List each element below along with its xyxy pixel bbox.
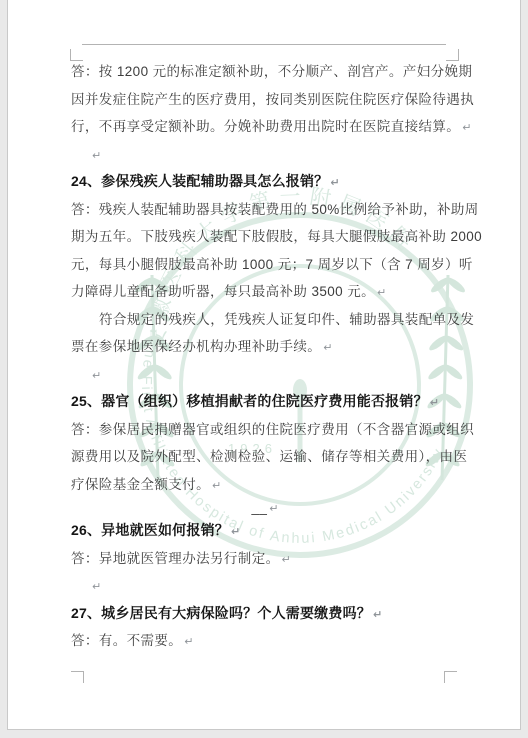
- paragraph-mark-icon: ↵: [330, 177, 339, 189]
- line-text: 疗保险基金全额支付。: [71, 477, 210, 492]
- crop-mark-top-right-icon: [446, 49, 459, 61]
- document-body[interactable]: 答：按 1200 元的标准定额补助，不分顺产、剖宫产。产妇分娩期因并发症住院产生…: [71, 58, 459, 655]
- paragraph-mark-icon: ↵: [282, 554, 291, 566]
- line-text: 答：有。不需要。: [71, 633, 182, 648]
- paragraph-mark-icon: ↵: [184, 636, 193, 648]
- doc-line[interactable]: 行，不再享受定额补助。分娩补助费用出院时在医院直接结算。↵: [71, 113, 459, 141]
- doc-line[interactable]: 票在参保地医保经办机构办理补助手续。↵: [71, 333, 459, 361]
- doc-line[interactable]: 疗保险基金全额支付。↵: [71, 471, 459, 499]
- paragraph-mark-icon: ↵: [231, 526, 240, 538]
- line-text: 答：残疾人装配辅助器具按装配费用的 50%比例给予补助，补助周: [71, 202, 479, 217]
- doc-line[interactable]: 源费用以及院外配型、检测检验、运输、储存等相关费用），由医: [71, 443, 459, 471]
- paragraph-mark-icon: ↵: [92, 150, 101, 162]
- paragraph-mark-icon: ↵: [269, 503, 278, 515]
- doc-line[interactable]: 力障碍儿童配备助听器，每只最高补助 3500 元。↵: [71, 278, 459, 306]
- doc-line[interactable]: ↵: [71, 141, 459, 169]
- doc-line[interactable]: 因并发症住院产生的医疗费用，按同类别医院住院医疗保险待遇执: [71, 86, 459, 114]
- doc-line[interactable]: __↵: [71, 498, 459, 517]
- crop-mark-bottom-left-icon: [71, 671, 84, 683]
- line-text: 答：参保居民捐赠器官或组织的住院医疗费用（不含器官源或组织: [71, 422, 474, 437]
- line-text: 票在参保地医保经办机构办理补助手续。: [71, 339, 321, 354]
- line-text: 24、参保残疾人装配辅助器具怎么报销？: [71, 173, 328, 189]
- line-text: 因并发症住院产生的医疗费用，按同类别医院住院医疗保险待遇执: [71, 92, 474, 107]
- doc-line[interactable]: ↵: [71, 572, 459, 600]
- paragraph-mark-icon: ↵: [377, 287, 386, 299]
- question-heading[interactable]: 26、异地就医如何报销？↵: [71, 517, 459, 545]
- paragraph-mark-icon: ↵: [462, 122, 471, 134]
- line-text: 力障碍儿童配备助听器，每只最高补助 3500 元。: [71, 284, 375, 299]
- question-heading[interactable]: 24、参保残疾人装配辅助器具怎么报销？↵: [71, 168, 459, 196]
- paragraph-mark-icon: ↵: [323, 342, 332, 354]
- line-text: 26、异地就医如何报销？: [71, 522, 229, 538]
- text-boundary-line: [82, 44, 446, 45]
- line-text: 源费用以及院外配型、检测检验、运输、储存等相关费用），由医: [71, 449, 467, 464]
- line-text: 行，不再享受定额补助。分娩补助费用出院时在医院直接结算。: [71, 119, 460, 134]
- doc-line[interactable]: 答：按 1200 元的标准定额补助，不分顺产、剖宫产。产妇分娩期: [71, 58, 459, 86]
- line-text: __: [251, 500, 267, 515]
- paragraph-mark-icon: ↵: [212, 480, 221, 492]
- paragraph-mark-icon: ↵: [373, 609, 382, 621]
- doc-line[interactable]: 答：异地就医管理办法另行制定。↵: [71, 545, 459, 573]
- paragraph-mark-icon: ↵: [92, 370, 101, 382]
- doc-line[interactable]: 答：有。不需要。↵: [71, 627, 459, 655]
- doc-line[interactable]: 元，每具小腿假肢最高补助 1000 元；7 周岁以下（含 7 周岁）听: [71, 251, 459, 279]
- crop-mark-top-left-icon: [70, 49, 83, 61]
- line-text: 期为五年。下肢残疾人装配下肢假肢，每具大腿假肢最高补助 2000: [71, 229, 482, 244]
- line-text: 25、器官（组织）移植捐献者的住院医疗费用能否报销？: [71, 393, 428, 409]
- crop-mark-bottom-right-icon: [444, 671, 457, 683]
- line-text: 符合规定的残疾人，凭残疾人证复印件、辅助器具装配单及发: [99, 312, 474, 327]
- line-text: 元，每具小腿假肢最高补助 1000 元；7 周岁以下（含 7 周岁）听: [71, 257, 473, 272]
- line-text: 答：按 1200 元的标准定额补助，不分顺产、剖宫产。产妇分娩期: [71, 64, 472, 79]
- doc-line[interactable]: ↵: [71, 361, 459, 389]
- question-heading[interactable]: 25、器官（组织）移植捐献者的住院医疗费用能否报销？↵: [71, 388, 459, 416]
- doc-line[interactable]: 答：残疾人装配辅助器具按装配费用的 50%比例给予补助，补助周: [71, 196, 459, 224]
- line-text: 答：异地就医管理办法另行制定。: [71, 551, 280, 566]
- line-text: 27、城乡居民有大病保险吗？个人需要缴费吗？: [71, 605, 371, 621]
- paragraph-mark-icon: ↵: [92, 581, 101, 593]
- doc-line[interactable]: 符合规定的残疾人，凭残疾人证复印件、辅助器具装配单及发: [71, 306, 459, 334]
- paragraph-mark-icon: ↵: [430, 397, 439, 409]
- question-heading[interactable]: 27、城乡居民有大病保险吗？个人需要缴费吗？↵: [71, 600, 459, 628]
- doc-line[interactable]: 答：参保居民捐赠器官或组织的住院医疗费用（不含器官源或组织: [71, 416, 459, 444]
- doc-line[interactable]: 期为五年。下肢残疾人装配下肢假肢，每具大腿假肢最高补助 2000: [71, 223, 459, 251]
